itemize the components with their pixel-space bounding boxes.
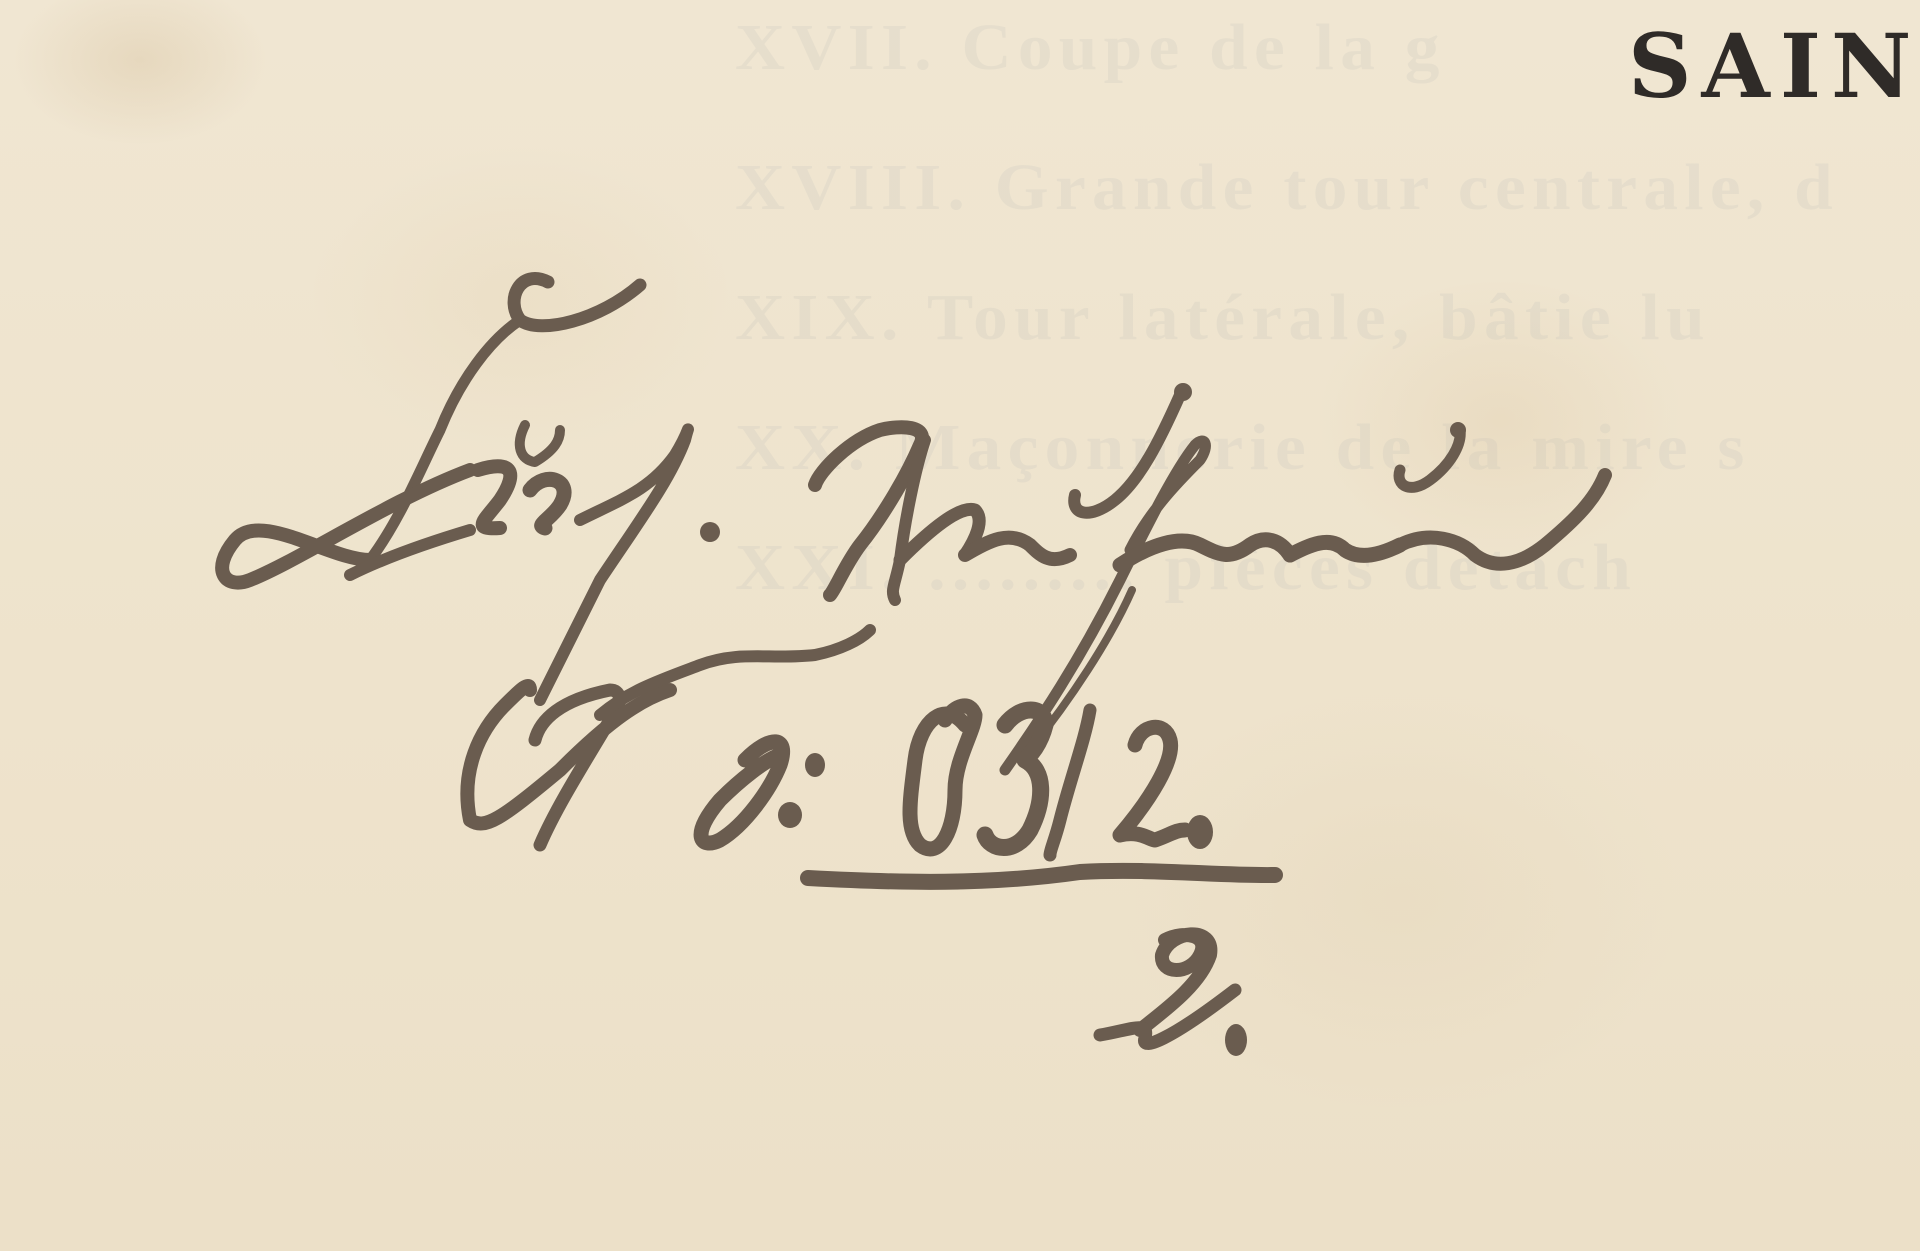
handwriting-number	[467, 630, 1213, 855]
handwriting-zool	[222, 279, 720, 700]
underline	[808, 871, 1275, 882]
handwritten-annotation	[0, 0, 1920, 1251]
handwriting-denominator	[1100, 934, 1247, 1056]
